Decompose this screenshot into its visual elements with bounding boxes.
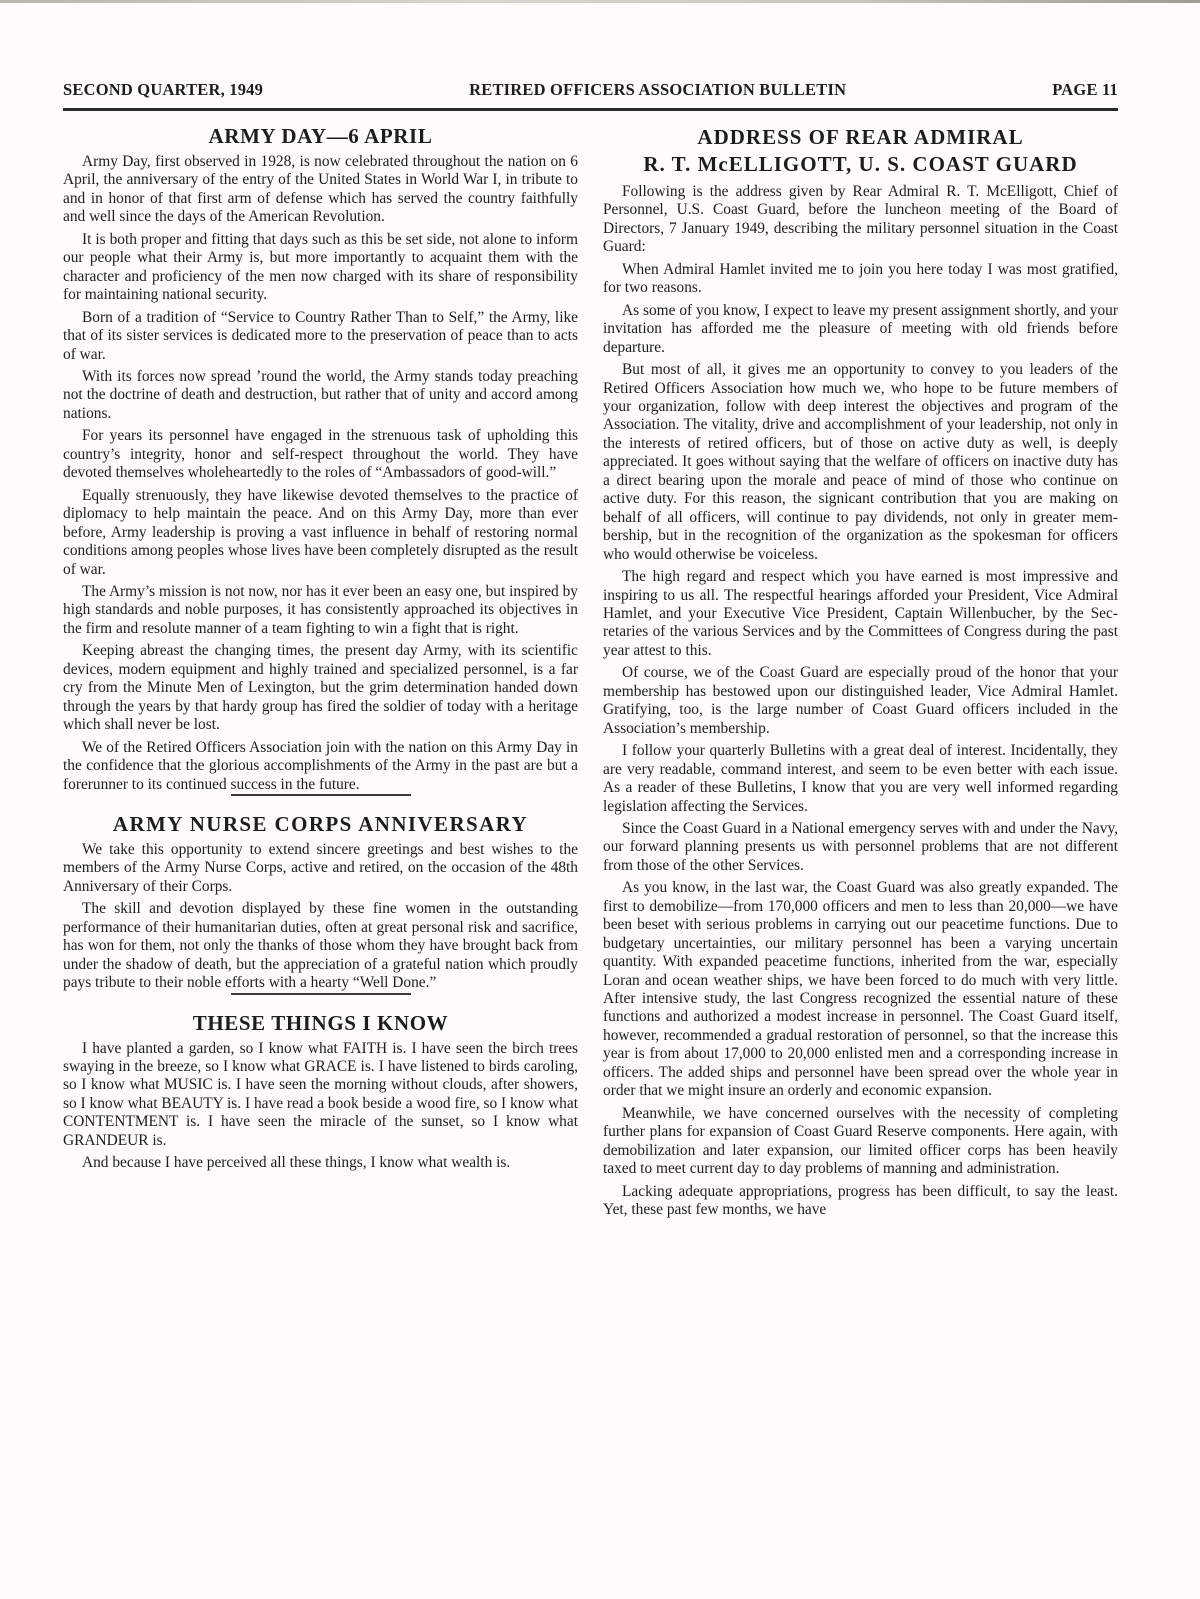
paragraph: Equally strenuously, they have likewise … xyxy=(63,487,578,579)
paragraph: I follow your quarterly Bulletins with a… xyxy=(603,742,1118,816)
issue-date: SECOND QUARTER, 1949 xyxy=(63,80,263,100)
title-line-2: R. T. McELLIGOTT, U. S. COAST GUARD xyxy=(643,152,1077,176)
paragraph: It is both proper and fitting that days … xyxy=(63,231,578,305)
article-address-mcelligott: ADDRESS OF REAR ADMIRAL R. T. McELLIGOTT… xyxy=(603,124,1118,1219)
publication-title: RETIRED OFFICERS ASSOCIATION BULLETIN xyxy=(469,80,846,100)
paragraph: Army Day, first observed in 1928, is now… xyxy=(63,153,578,227)
paragraph: When Admiral Hamlet invited me to join y… xyxy=(603,261,1118,298)
section-divider xyxy=(231,794,411,796)
article-title: ARMY DAY—6 APRIL xyxy=(63,124,578,148)
paragraph: The Army’s mission is not now, nor has i… xyxy=(63,583,578,638)
paragraph: And because I have perceived all these t… xyxy=(63,1154,578,1172)
paragraph: Since the Coast Guard in a National emer… xyxy=(603,820,1118,875)
left-column: ARMY DAY—6 APRIL Army Day, first observe… xyxy=(63,124,578,1173)
header-rule xyxy=(63,108,1118,111)
article-title: ARMY NURSE CORPS ANNIVERSARY xyxy=(63,812,578,836)
paragraph: I have planted a garden, so I know what … xyxy=(63,1040,578,1151)
paragraph: Of course, we of the Coast Guard are esp… xyxy=(603,664,1118,738)
article-title: THESE THINGS I KNOW xyxy=(63,1011,578,1035)
section-divider xyxy=(231,993,411,995)
paragraph: The skill and devotion displayed by thes… xyxy=(63,900,578,992)
paragraph: Lacking adequate appropriations, progres… xyxy=(603,1183,1118,1220)
paragraph: As you know, in the last war, the Coast … xyxy=(603,879,1118,1100)
page-top-edge xyxy=(0,0,1200,3)
right-column: ADDRESS OF REAR ADMIRAL R. T. McELLIGOTT… xyxy=(603,124,1118,1219)
article-title: ADDRESS OF REAR ADMIRAL R. T. McELLIGOTT… xyxy=(603,124,1118,178)
paragraph: With its forces now spread ’round the wo… xyxy=(63,368,578,423)
paragraph: Following is the address given by Rear A… xyxy=(603,183,1118,257)
paragraph: Meanwhile, we have concerned ourselves w… xyxy=(603,1105,1118,1179)
paragraph: Keeping abreast the changing times, the … xyxy=(63,642,578,734)
article-army-day: ARMY DAY—6 APRIL Army Day, first observe… xyxy=(63,124,578,794)
paragraph: We of the Retired Officers Association j… xyxy=(63,739,578,794)
running-head: SECOND QUARTER, 1949 RETIRED OFFICERS AS… xyxy=(63,80,1118,102)
paragraph: We take this opportunity to extend since… xyxy=(63,841,578,896)
title-line-1: ADDRESS OF REAR ADMIRAL xyxy=(697,125,1023,149)
paragraph: Born of a tradition of “Service to Count… xyxy=(63,309,578,364)
paragraph: For years its personnel have engaged in … xyxy=(63,427,578,482)
article-these-things-i-know: THESE THINGS I KNOW I have planted a gar… xyxy=(63,1011,578,1173)
article-army-nurse-corps: ARMY NURSE CORPS ANNIVERSARY We take thi… xyxy=(63,812,578,993)
paragraph: The high regard and respect which you ha… xyxy=(603,568,1118,660)
paragraph: But most of all, it gives me an opportun… xyxy=(603,361,1118,564)
paragraph: As some of you know, I expect to leave m… xyxy=(603,302,1118,357)
page-number: PAGE 11 xyxy=(1052,80,1118,100)
